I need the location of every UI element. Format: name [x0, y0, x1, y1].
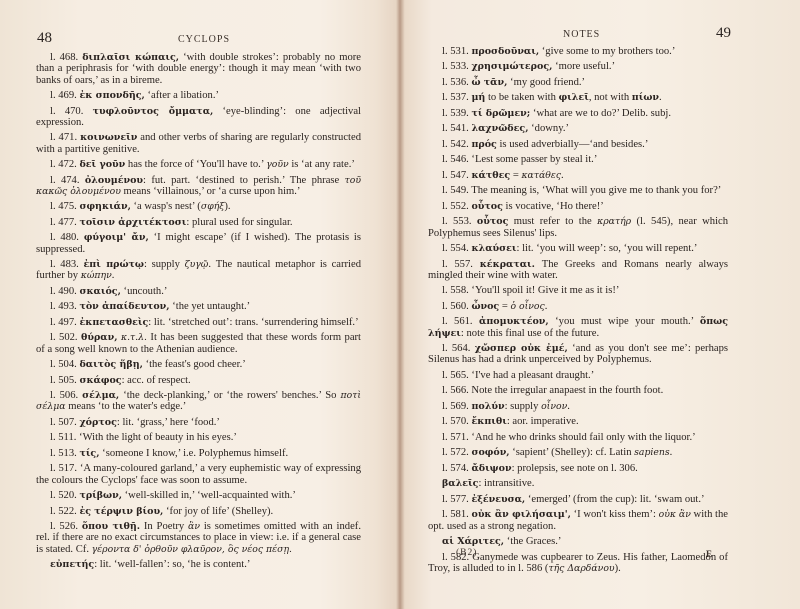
- note-text: .: [112, 270, 115, 281]
- note-text: .: [561, 170, 564, 181]
- greek-lemma: ὦ τᾶν,: [471, 77, 507, 88]
- note-text: ‘the yet untaught.’: [170, 301, 251, 312]
- note-text: : plural used for singular.: [186, 217, 292, 228]
- note-entry: l. 517. ‘A many-coloured garland,’ a ver…: [36, 463, 361, 486]
- line-reference: l. 570.: [442, 416, 469, 427]
- line-reference: l. 517.: [50, 463, 77, 474]
- greek-lemma: εὐπετής: [50, 559, 94, 570]
- line-reference: l. 470.: [50, 106, 83, 117]
- greek-lemma: ἄδιψον: [471, 463, 511, 474]
- note-text: : aor. imperative.: [507, 416, 579, 427]
- line-reference: l. 566.: [442, 385, 469, 396]
- note-entry: l. 531. προσδοῦναι, ‘give some to my bro…: [428, 46, 728, 57]
- note-text: to be taken with: [485, 92, 558, 103]
- line-reference: l. 505.: [50, 375, 77, 386]
- greek-lemma: ὅπου τιθῇ.: [82, 521, 140, 532]
- latin-term: sapiens: [634, 447, 670, 458]
- greek-lemma: σέλμα,: [82, 390, 119, 401]
- note-text: ‘the feast's good cheer.’: [143, 359, 246, 370]
- greek-citation: κ.τ.λ.: [121, 332, 147, 343]
- greek-lemma: χρησιμώτερος,: [471, 61, 552, 72]
- book-spread: 48 CYCLOPS l. 468. διπλαῖσι κώπαις, ‘wit…: [0, 0, 800, 609]
- line-reference: l. 560.: [442, 301, 469, 312]
- greek-lemma: αἱ Χάριτες,: [442, 536, 504, 547]
- note-text: .: [545, 301, 548, 312]
- line-reference: l. 471.: [50, 132, 77, 143]
- line-reference: l. 546.: [442, 154, 469, 165]
- note-entry: l. 502. θύραν, κ.τ.λ. It has been sugges…: [36, 332, 361, 355]
- note-text: ‘a wasp's nest’ (: [131, 201, 201, 212]
- greek-lemma: τοῖσιν ἀρχιτέκτοσι: [79, 217, 186, 228]
- line-reference: l. 490.: [50, 286, 77, 297]
- line-reference: l. 504.: [50, 359, 77, 370]
- note-entry: l. 570. ἔκπιθι: aor. imperative.: [428, 416, 728, 427]
- note-text: ‘give some to my brothers too.’: [539, 46, 675, 57]
- note-entry: l. 477. τοῖσιν ἀρχιτέκτοσι: plural used …: [36, 217, 361, 228]
- note-text: ‘the deck-planking,’ or ‘the rowers' ben…: [119, 390, 340, 401]
- greek-lemma: σκάφος: [79, 375, 121, 386]
- line-reference: l. 565.: [442, 370, 469, 381]
- greek-lemma: ὀλουμένου: [85, 175, 143, 186]
- note-entry: l. 558. ‘You'll spoil it! Give it me as …: [428, 285, 728, 296]
- note-text: : lit. ‘grass,’ here ‘food.’: [117, 417, 220, 428]
- greek-lemma: φύγοιμ' ἄν,: [84, 232, 149, 243]
- greek-citation: κρατήρ: [597, 216, 631, 227]
- line-reference: l. 553.: [442, 216, 472, 227]
- note-entry: l. 472. δεῖ γοῦν has the force of ‘You'l…: [36, 159, 361, 170]
- note-text: is ‘at any rate.’: [289, 159, 355, 170]
- note-text: : supply: [144, 259, 185, 270]
- note-entry: l. 505. σκάφος: acc. of respect.: [36, 375, 361, 386]
- greek-lemma: οὗτος: [471, 201, 502, 212]
- line-reference: l. 531.: [442, 46, 469, 57]
- note-text: =: [510, 170, 521, 181]
- greek-lemma: χὤσπερ οὐκ ἐμέ,: [475, 343, 568, 354]
- greek-lemma: κλαύσει: [471, 243, 516, 254]
- line-reference: l. 511.: [50, 432, 76, 443]
- note-text: ‘sapient’ (Shelley): cf. Latin: [510, 447, 635, 458]
- note-entry: εὐπετής: lit. ‘well-fallen’: so, ‘he is …: [36, 559, 361, 570]
- greek-lemma: θύραν,: [81, 332, 117, 343]
- note-text: ‘after a libation.’: [145, 90, 219, 101]
- note-text: has the force of ‘You'll have to.’: [125, 159, 266, 170]
- note-entry: l. 574. ἄδιψον: prolepsis, see note on l…: [428, 463, 728, 474]
- note-text: ‘A many-coloured garland,’ a very euphem…: [36, 463, 361, 485]
- note-entry: l. 468. διπλαῖσι κώπαις, ‘with double st…: [36, 52, 361, 86]
- note-text: ).: [615, 563, 621, 574]
- greek-lemma: ἐς τέρψιν βίου,: [79, 506, 163, 517]
- line-reference: l. 469.: [50, 90, 77, 101]
- note-entry: l. 560. ὦνος = ὁ οἶνος.: [428, 301, 728, 312]
- note-text: means ‘to the water's edge.’: [66, 401, 187, 412]
- note-entry: l. 522. ἐς τέρψιν βίου, ‘for joy of life…: [36, 506, 361, 517]
- greek-lemma: ἐπὶ πρώτῳ: [84, 259, 144, 270]
- note-text: ).: [224, 201, 230, 212]
- note-entry: l. 571. ‘And he who drinks should fail o…: [428, 432, 728, 443]
- note-text: : fut. part. ‘destined to perish.’ The p…: [143, 175, 345, 186]
- line-reference: l. 533.: [442, 61, 469, 72]
- line-reference: l. 474.: [50, 175, 79, 186]
- running-head: CYCLOPS: [178, 34, 230, 45]
- page-number: 48: [37, 30, 52, 47]
- greek-lemma: δαιτὸς ἥβῃ,: [79, 359, 143, 370]
- note-text: ‘the Graces.’: [504, 536, 561, 547]
- note-entry: l. 490. σκαιός, ‘uncouth.’: [36, 286, 361, 297]
- note-entry: l. 546. ‘Lest some passer by steal it.’: [428, 154, 728, 165]
- note-entry: l. 547. κάτθες = κατάθες.: [428, 170, 728, 181]
- note-entry: l. 506. σέλμα, ‘the deck-planking,’ or ‘…: [36, 390, 361, 413]
- note-text: ‘emerged’ (from the cup): lit. ‘swam out…: [525, 494, 704, 505]
- note-entry: l. 537. μή to be taken with φιλεῖ, not w…: [428, 92, 728, 103]
- line-reference: l. 513.: [50, 448, 77, 459]
- note-entry: l. 475. σφηκιάν, ‘a wasp's nest’ (σφήξ).: [36, 201, 361, 212]
- note-text: ‘what are we to do?’ Delib. subj.: [530, 108, 671, 119]
- line-reference: l. 475.: [50, 201, 77, 212]
- note-entry: l. 483. ἐπὶ πρώτῳ: supply ζυγῷ. The naut…: [36, 259, 361, 282]
- line-reference: l. 571.: [442, 432, 469, 443]
- note-entry: l. 511. ‘With the light of beauty in his…: [36, 432, 361, 443]
- note-text: ‘well-skilled in,’ ‘well-acquainted with…: [122, 490, 296, 501]
- line-reference: l. 480.: [50, 232, 79, 243]
- line-reference: l. 507.: [50, 417, 77, 428]
- note-text: =: [499, 301, 510, 312]
- greek-lemma: τυφλοῦντος ὄμματα,: [93, 106, 214, 117]
- greek-lemma: οὗτος: [477, 216, 508, 227]
- note-entry: l. 542. πρός is used adverbially—‘and be…: [428, 139, 728, 150]
- note-text: The meaning is, ‘What will you give me t…: [469, 185, 722, 196]
- note-entry: l. 526. ὅπου τιθῇ. In Poetry ἂν is somet…: [36, 521, 361, 555]
- greek-citation: κώπην: [81, 270, 112, 281]
- note-entry: l. 554. κλαύσει: lit. ‘you will weep’: s…: [428, 243, 728, 254]
- note-text: ‘I've had a pleasant draught.’: [469, 370, 594, 381]
- greek-citation: οὐκ ἂν: [659, 509, 691, 520]
- note-text: : note this final use of the future.: [461, 328, 599, 339]
- greek-lemma: κάτθες: [471, 170, 510, 181]
- note-text: ‘uncouth.’: [121, 286, 167, 297]
- note-entry: l. 536. ὦ τᾶν, ‘my good friend.’: [428, 77, 728, 88]
- line-reference: l. 541.: [442, 123, 469, 134]
- greek-lemma: κοινωνεῖν: [80, 132, 137, 143]
- note-text: ‘my good friend.’: [507, 77, 585, 88]
- note-entry: l. 565. ‘I've had a pleasant draught.’: [428, 370, 728, 381]
- line-reference: l. 561.: [442, 316, 473, 327]
- greek-citation: γέροντα δ' ὀρθοῦν φλαῦρον, ὃς νέος πέσῃ.: [92, 544, 292, 555]
- line-reference: l. 581.: [442, 509, 469, 520]
- note-text: ‘With the light of beauty in his eyes.’: [76, 432, 237, 443]
- note-entry: l. 569. πολύν: supply οἶνον.: [428, 401, 728, 412]
- note-text: is used adverbially—‘and besides.’: [497, 139, 649, 150]
- note-entry: l. 577. ἐξένευσα, ‘emerged’ (from the cu…: [428, 494, 728, 505]
- greek-lemma: κέκραται.: [480, 259, 535, 270]
- note-text: Note the irregular anapaest in the fourt…: [469, 385, 663, 396]
- note-entry: l. 480. φύγοιμ' ἄν, ‘I might escape’ (if…: [36, 232, 361, 255]
- signature-mark: (B2): [456, 548, 477, 558]
- greek-citation: γοῦν: [266, 159, 288, 170]
- note-entry: l. 581. οὐκ ἂν φιλήσαιμ', ‘I won't kiss …: [428, 509, 728, 532]
- note-text: ‘downy.’: [529, 123, 570, 134]
- note-entry: l. 549. The meaning is, ‘What will you g…: [428, 185, 728, 196]
- note-entry: l. 474. ὀλουμένου: fut. part. ‘destined …: [36, 175, 361, 198]
- line-reference: l. 536.: [442, 77, 469, 88]
- note-entry: l. 469. ἐκ σπονδῆς, ‘after a libation.’: [36, 90, 361, 101]
- line-reference: l. 468.: [50, 52, 78, 63]
- note-text: , not with: [589, 92, 632, 103]
- greek-lemma: σοφόν,: [471, 447, 509, 458]
- note-entry: l. 513. τίς, ‘someone I know,’ i.e. Poly…: [36, 448, 361, 459]
- greek-citation: τῆς Δαρδάνου: [548, 563, 614, 574]
- line-reference: l. 472.: [50, 159, 77, 170]
- greek-lemma: διπλαῖσι κώπαις,: [82, 52, 179, 63]
- note-entry: l. 520. τρίβων, ‘well-skilled in,’ ‘well…: [36, 490, 361, 501]
- greek-lemma: τὸν ἀπαίδευτον,: [79, 301, 169, 312]
- greek-lemma: χόρτος: [79, 417, 116, 428]
- note-entry: l. 533. χρησιμώτερος, ‘more useful.’: [428, 61, 728, 72]
- note-text: ‘Lest some passer by steal it.’: [469, 154, 598, 165]
- right-page: NOTES 49 l. 531. προσδοῦναι, ‘give some …: [400, 0, 800, 609]
- greek-lemma: ἐξένευσα,: [471, 494, 525, 505]
- note-entry: l. 539. τί δρῶμεν; ‘what are we to do?’ …: [428, 108, 728, 119]
- note-text: .: [670, 447, 673, 458]
- note-text: ‘you must wipe your mouth.’: [549, 316, 700, 327]
- note-text: .: [659, 92, 662, 103]
- note-entry: l. 507. χόρτος: lit. ‘grass,’ here ‘food…: [36, 417, 361, 428]
- note-entry: l. 566. Note the irregular anapaest in t…: [428, 385, 728, 396]
- greek-lemma: οὐκ ἂν φιλήσαιμ',: [471, 509, 570, 520]
- greek-lemma: βαλεῖς: [442, 478, 478, 489]
- line-reference: l. 547.: [442, 170, 469, 181]
- greek-lemma: σκαιός,: [79, 286, 120, 297]
- left-page: 48 CYCLOPS l. 468. διπλαῖσι κώπαις, ‘wit…: [0, 0, 400, 609]
- note-text: is vocative, ‘Ho there!’: [503, 201, 604, 212]
- line-reference: l. 554.: [442, 243, 469, 254]
- line-reference: l. 506.: [50, 390, 78, 401]
- note-text: must refer to the: [508, 216, 597, 227]
- greek-lemma: πρός: [471, 139, 496, 150]
- greek-lemma: τίς,: [79, 448, 99, 459]
- line-reference: l. 557.: [442, 259, 473, 270]
- greek-lemma: ἔκπιθι: [471, 416, 506, 427]
- note-text: ‘And he who drinks should fail only with…: [469, 432, 696, 443]
- note-entry: l. 553. οὗτος must refer to the κρατήρ (…: [428, 216, 728, 239]
- greek-lemma: μή: [471, 92, 485, 103]
- note-entry: l. 557. κέκραται. The Greeks and Romans …: [428, 259, 728, 282]
- greek-term: πίων: [632, 92, 659, 103]
- line-reference: l. 539.: [442, 108, 469, 119]
- note-text: : acc. of respect.: [122, 375, 191, 386]
- greek-citation: ζυγῷ: [185, 259, 209, 270]
- line-reference: l. 526.: [50, 521, 78, 532]
- notes-column: l. 531. προσδοῦναι, ‘give some to my bro…: [428, 46, 728, 578]
- note-text: : lit. ‘well-fallen’: so, ‘he is content…: [94, 559, 250, 570]
- note-text: ‘You'll spoil it! Give it me as it is!’: [469, 285, 620, 296]
- greek-lemma: ἐκ σπονδῆς,: [79, 90, 144, 101]
- note-text: ‘more useful.’: [552, 61, 615, 72]
- note-text: ‘and as you don't see me’: perhaps Silen…: [428, 343, 728, 365]
- note-entry: l. 561. ἀπομυκτέον, ‘you must wipe your …: [428, 316, 728, 339]
- note-entry: l. 493. τὸν ἀπαίδευτον, ‘the yet untaugh…: [36, 301, 361, 312]
- note-entry: βαλεῖς: intransitive.: [428, 478, 728, 489]
- greek-lemma: πολύν: [471, 401, 504, 412]
- note-entry: l. 572. σοφόν, ‘sapient’ (Shelley): cf. …: [428, 447, 728, 458]
- greek-citation: σφήξ: [201, 201, 225, 212]
- line-reference: l. 572.: [442, 447, 469, 458]
- note-entry: l. 497. ἐκπετασθεὶς: lit. ‘stretched out…: [36, 317, 361, 328]
- note-text: : supply: [505, 401, 542, 412]
- greek-lemma: ὦνος: [471, 301, 499, 312]
- line-reference: l. 569.: [442, 401, 469, 412]
- line-reference: l. 537.: [442, 92, 469, 103]
- notes-column: l. 468. διπλαῖσι κώπαις, ‘with double st…: [36, 52, 361, 575]
- note-text: : prolepsis, see note on l. 306.: [512, 463, 638, 474]
- greek-lemma: σφηκιάν,: [79, 201, 130, 212]
- line-reference: l. 483.: [50, 259, 79, 270]
- note-entry: αἱ Χάριτες, ‘the Graces.’: [428, 536, 728, 547]
- line-reference: l. 497.: [50, 317, 77, 328]
- note-entry: l. 471. κοινωνεῖν and other verbs of sha…: [36, 132, 361, 155]
- note-text: In Poetry: [140, 521, 188, 532]
- note-entry: l. 504. δαιτὸς ἥβῃ, ‘the feast's good ch…: [36, 359, 361, 370]
- note-text: means ‘villainous,’ or ‘a curse upon him…: [121, 186, 301, 197]
- line-reference: l. 522.: [50, 506, 77, 517]
- line-reference: l. 502.: [50, 332, 78, 343]
- greek-lemma: ἐκπετασθεὶς: [79, 317, 148, 328]
- note-text: : lit. ‘you will weep’: so, ‘you will re…: [517, 243, 698, 254]
- note-text: : intransitive.: [478, 478, 534, 489]
- line-reference: l. 549.: [442, 185, 469, 196]
- line-reference: l. 558.: [442, 285, 469, 296]
- note-entry: l. 552. οὗτος is vocative, ‘Ho there!’: [428, 201, 728, 212]
- greek-lemma: ἀπομυκτέον,: [479, 316, 549, 327]
- greek-lemma: λαχνῶδες,: [471, 123, 528, 134]
- line-reference: l. 574.: [442, 463, 469, 474]
- line-reference: l. 577.: [442, 494, 469, 505]
- line-reference: l. 477.: [50, 217, 77, 228]
- line-reference: l. 552.: [442, 201, 469, 212]
- line-reference: l. 493.: [50, 301, 77, 312]
- line-reference: l. 564.: [442, 343, 470, 354]
- greek-lemma: τί δρῶμεν;: [471, 108, 530, 119]
- running-head: NOTES: [563, 29, 600, 40]
- greek-citation: οἶνον: [541, 401, 567, 412]
- greek-citation: ἂν: [188, 521, 200, 532]
- note-text: .: [567, 401, 570, 412]
- line-reference: l. 520.: [50, 490, 77, 501]
- note-entry: l. 564. χὤσπερ οὐκ ἐμέ, ‘and as you don'…: [428, 343, 728, 366]
- line-reference: l. 542.: [442, 139, 469, 150]
- page-number: 49: [716, 25, 731, 42]
- gathering-letter: E: [706, 549, 712, 559]
- greek-citation: ὁ οἶνος: [510, 301, 544, 312]
- note-text: The Greeks and Romans nearly always ming…: [428, 259, 728, 281]
- note-text: ‘for joy of life’ (Shelley).: [163, 506, 273, 517]
- greek-term: φιλεῖ: [559, 92, 589, 103]
- note-text: ‘someone I know,’ i.e. Polyphemus himsel…: [100, 448, 289, 459]
- note-entry: l. 470. τυφλοῦντος ὄμματα, ‘eye-blinding…: [36, 106, 361, 129]
- note-text: : lit. ‘stretched out’: trans. ‘surrende…: [148, 317, 358, 328]
- note-text: ‘I won't kiss them’:: [571, 509, 659, 520]
- greek-lemma: δεῖ γοῦν: [79, 159, 125, 170]
- greek-citation: κατάθες: [521, 170, 561, 181]
- greek-lemma: τρίβων,: [79, 490, 122, 501]
- greek-lemma: προσδοῦναι,: [471, 46, 539, 57]
- note-entry: l. 541. λαχνῶδες, ‘downy.’: [428, 123, 728, 134]
